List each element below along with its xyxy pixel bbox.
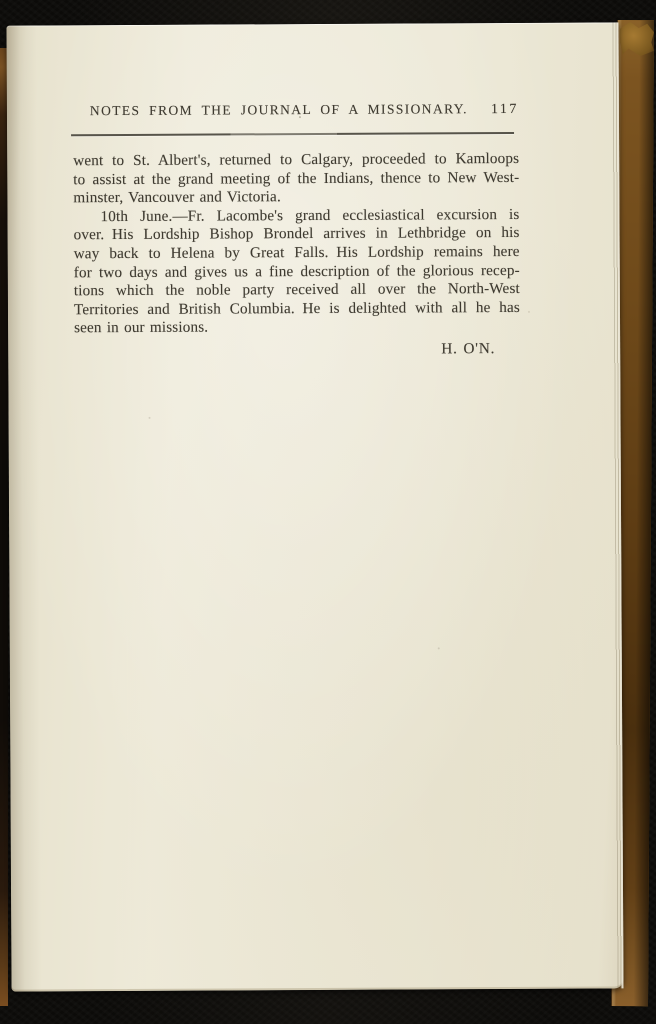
paper-speck xyxy=(149,417,151,419)
header-rule xyxy=(71,132,514,136)
signature: H. O'N. xyxy=(74,340,520,361)
book-page: NOTES FROM THE JOURNAL OF A MISSIONARY. … xyxy=(6,22,623,991)
text-line: 10th June.—Fr. Lacombe's grand ecclesias… xyxy=(73,206,519,227)
scanned-book-photograph: NOTES FROM THE JOURNAL OF A MISSIONARY. … xyxy=(0,0,656,1024)
text-line: for two days and gives us a fine descrip… xyxy=(74,261,520,282)
text-line: went to St. Albert's, returned to Calgar… xyxy=(73,150,519,171)
paper-speck xyxy=(299,116,301,118)
text-line: seen in our missions. xyxy=(74,317,520,338)
text-line: to assist at the grand meeting of the In… xyxy=(73,169,519,190)
paper-speck xyxy=(438,647,440,649)
page-number: 117 xyxy=(485,102,519,118)
running-title: NOTES FROM THE JOURNAL OF A MISSIONARY. xyxy=(73,101,485,119)
paper-speck xyxy=(528,311,530,313)
text-line: tions which the noble party received all… xyxy=(74,280,520,301)
text-line: minster, Vancouver and Victoria. xyxy=(73,187,519,208)
torn-headband xyxy=(620,22,654,56)
body-text: went to St. Albert's, returned to Calgar… xyxy=(73,150,520,361)
text-line: Territories and British Columbia. He is … xyxy=(74,299,520,320)
page-header: NOTES FROM THE JOURNAL OF A MISSIONARY. … xyxy=(73,101,519,121)
text-line: way back to Helena by Great Falls. His L… xyxy=(74,243,520,264)
text-line: over. His Lordship Bishop Brondel arrive… xyxy=(74,224,520,245)
